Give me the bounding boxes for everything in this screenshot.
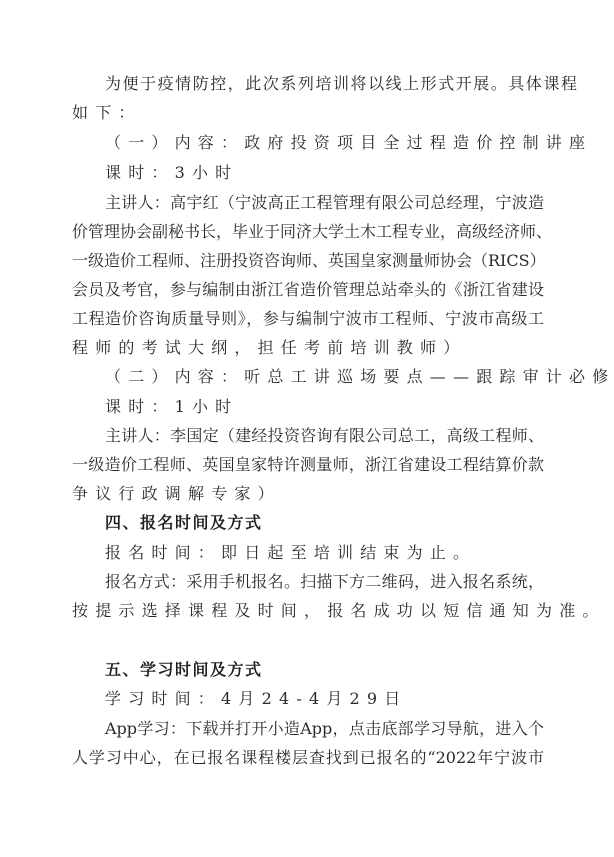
registration-method-line-1: 报名方式：采用手机报名。扫描下方二维码，进入报名系统， (105, 572, 544, 592)
app-study-line-1: App学习：下载并打开小造App，点击底部学习导航，进入个 (105, 719, 544, 739)
registration-method-line-2: 按提示选择课程及时间，报名成功以短信通知为准。 (72, 601, 544, 621)
course-1-title: （一）内容：政府投资项目全过程造价控制讲座 (105, 133, 577, 153)
section-4-heading: 四、报名时间及方式 (105, 513, 577, 533)
section-5-heading: 五、学习时间及方式 (105, 660, 577, 680)
document-page: 为便于疫情防控，此次系列培训将以线上形式开展。具体课程 如下： （一）内容：政府… (0, 0, 614, 857)
course-1-hours: 课时：3小时 (105, 163, 577, 183)
course-2-lecturer-line-3: 争议行政调解专家） (72, 484, 544, 504)
intro-line-2: 如下： (72, 103, 544, 123)
registration-time: 报名时间：即日起至培训结束为止。 (105, 543, 577, 563)
course-2-hours: 课时：1小时 (105, 397, 577, 417)
course-1-lecturer-line-3: 一级造价工程师、注册投资咨询师、英国皇家测量师协会（RICS） (72, 251, 544, 271)
course-2-lecturer-line-2: 一级造价工程师、英国皇家特许测量师，浙江省建设工程结算价款 (72, 455, 544, 475)
intro-line-1: 为便于疫情防控，此次系列培训将以线上形式开展。具体课程 (105, 74, 577, 94)
app-study-line-2: 人学习中心，在已报名课程楼层查找到已报名的“2022年宁波市 (72, 748, 544, 768)
course-1-lecturer-line-2: 价管理协会副秘书长，毕业于同济大学土木工程专业，高级经济师、 (72, 222, 544, 242)
course-1-lecturer-line-4: 会员及考官，参与编制由浙江省造价管理总站牵头的《浙江省建设 (72, 280, 544, 300)
study-time: 学习时间：4月24-4月29日 (105, 689, 577, 709)
course-2-lecturer-line-1: 主讲人：李国定（建经投资咨询有限公司总工，高级工程师、 (105, 426, 544, 446)
course-1-lecturer-line-6: 程师的考试大纲，担任考前培训教师） (72, 338, 544, 358)
course-1-lecturer-line-1: 主讲人：高宇红（宁波高正工程管理有限公司总经理，宁波造 (105, 193, 544, 213)
course-1-lecturer-line-5: 工程造价咨询质量导则》，参与编制宁波市工程师、宁波市高级工 (72, 309, 544, 329)
course-2-title: （二）内容：听总工讲巡场要点——跟踪审计必修课系列 (105, 367, 577, 387)
